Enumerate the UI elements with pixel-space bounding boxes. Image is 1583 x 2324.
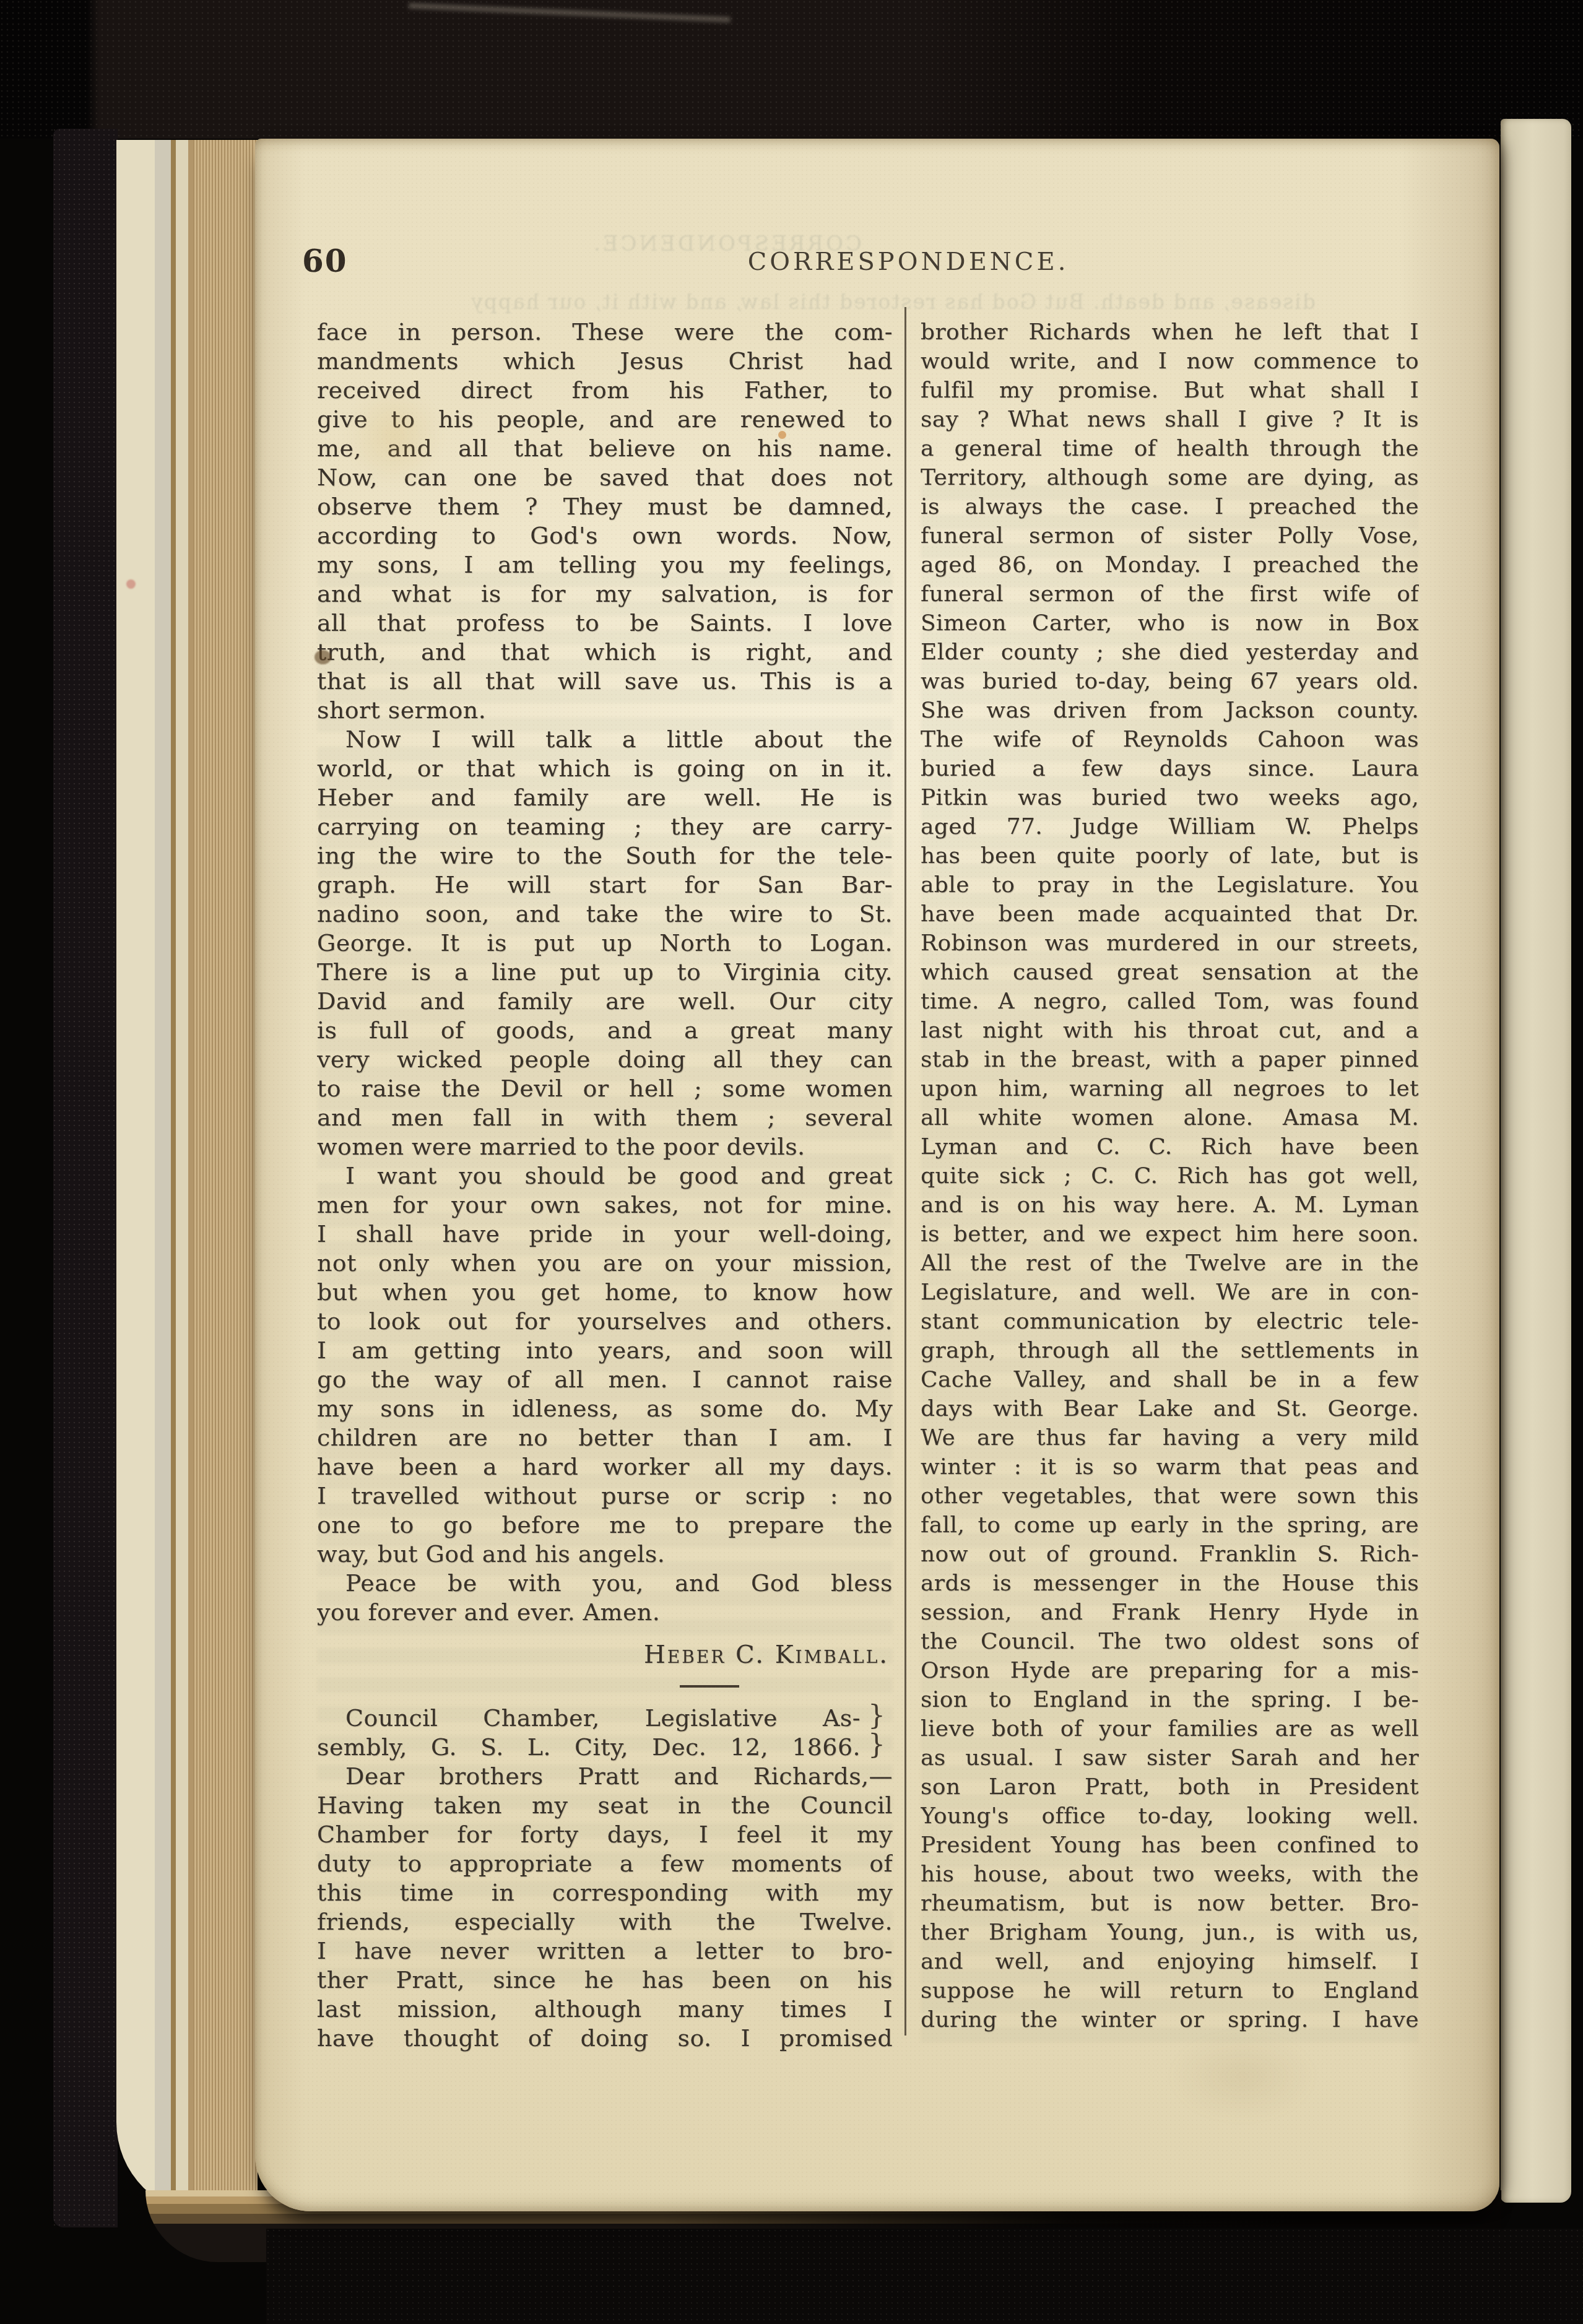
paragraph: brother Richards when he left that Iwoul… (921, 318, 1419, 2034)
book-cover-left (53, 129, 118, 2227)
text-line: face in person. These were the com- (317, 318, 893, 347)
text-line: not only when you are on your mission, (317, 1249, 893, 1278)
text-line: winter : it is so warm that peas and (921, 1452, 1419, 1481)
right-text-column: brother Richards when he left that Iwoul… (921, 318, 1419, 2034)
text-line: women were married to the poor devils. (317, 1132, 893, 1161)
text-line: during the winter or spring. I have (921, 2005, 1419, 2034)
text-line: Legislature, and well. We are in con- (921, 1278, 1419, 1307)
text-line: friends, especially with the Twelve. (317, 1907, 893, 1936)
text-line: lieve both of your families are as well (921, 1714, 1419, 1743)
section-rule (317, 1670, 893, 1702)
paragraph: I want you should be good and greatmen f… (317, 1161, 893, 1569)
text-line: Young's office to-day, looking well. (921, 1802, 1419, 1831)
text-line: my sons in idleness, as some do. My (317, 1394, 893, 1423)
text-line: me, and all that believe on his name. (317, 434, 893, 463)
text-line: ther Brigham Young, jun., is with us, (921, 1918, 1419, 1947)
signature: Heber C. Kimball. (317, 1639, 893, 1670)
text-line: I want you should be good and great (317, 1161, 893, 1190)
text-line: other vegetables, that were sown this (921, 1481, 1419, 1511)
text-line: Cache Valley, and shall be in a few (921, 1365, 1419, 1394)
text-line: All the rest of the Twelve are in the (921, 1249, 1419, 1278)
text-line: I travelled without purse or scrip : no (317, 1481, 893, 1511)
text-line: have been a hard worker all my days. (317, 1452, 893, 1481)
text-line: way, but God and his angels. (317, 1540, 893, 1569)
text-line: a general time of health through the (921, 434, 1419, 463)
text-line: Peace be with you, and God bless (317, 1569, 893, 1598)
text-line: you forever and ever. Amen. (317, 1598, 893, 1627)
text-line: son Laron Pratt, both in President (921, 1772, 1419, 1802)
text-line: go the way of all men. I cannot raise (317, 1365, 893, 1394)
text-line: and is on his way here. A. M. Lyman (921, 1190, 1419, 1220)
text-line: There is a line put up to Virginia city. (317, 958, 893, 987)
text-line: Territory, although some are dying, as (921, 463, 1419, 492)
dateline-block: Council Chamber, Legislative As-sembly, … (317, 1704, 893, 1762)
text-line: all white women alone. Amasa M. (921, 1103, 1419, 1132)
running-header: CORRESPONDENCE. (657, 248, 1159, 276)
text-line: very wicked people doing all they can (317, 1045, 893, 1074)
text-line: observe them ? They must be damned, (317, 492, 893, 521)
text-line: fulfil my promise. But what shall I (921, 376, 1419, 405)
text-line: mandments which Jesus Christ had (317, 347, 893, 376)
text-line: able to pray in the Legislature. You (921, 870, 1419, 900)
text-line: truth, and that which is right, and (317, 638, 893, 667)
text-line: ther Pratt, since he has been on his (317, 1966, 893, 1995)
text-line: George. It is put up North to Logan. (317, 929, 893, 958)
text-line: stab in the breast, with a paper pinned (921, 1045, 1419, 1074)
text-line: ing the wire to the South for the tele- (317, 841, 893, 870)
book-top-edge (0, 0, 1583, 139)
text-line: is always the case. I preached the (921, 492, 1419, 521)
page-stack-left-edge (116, 140, 258, 2215)
text-line: sion to England in the spring. I be- (921, 1685, 1419, 1714)
text-line: brother Richards when he left that I (921, 318, 1419, 347)
text-line: short sermon. (317, 696, 893, 725)
brace-mark: } (864, 1729, 889, 1761)
book-scan: CORRESPONDENCE. disease, and death. But … (0, 0, 1583, 2324)
text-line: which caused great sensation at the (921, 958, 1419, 987)
text-line: world, or that which is going on in it. (317, 754, 893, 783)
text-line: Lyman and C. C. Rich have been (921, 1132, 1419, 1161)
text-line: and what is for my salvation, is for (317, 579, 893, 609)
text-line: graph. He will start for San Bar- (317, 870, 893, 900)
text-line: this time in corresponding with my (317, 1878, 893, 1907)
text-line: nadino soon, and take the wire to St. (317, 900, 893, 929)
text-line: is full of goods, and a great many (317, 1016, 893, 1045)
text-line: days with Bear Lake and St. George. (921, 1394, 1419, 1423)
text-line: President Young has been confined to (921, 1831, 1419, 1860)
book-page: CORRESPONDENCE. disease, and death. But … (255, 139, 1499, 2211)
text-line: Now I will talk a little about the (317, 725, 893, 754)
text-line: aged 86, on Monday. I preached the (921, 550, 1419, 579)
edge-mark (126, 579, 136, 589)
text-line: Robinson was murdered in our streets, (921, 929, 1419, 958)
text-line: have thought of doing so. I promised (317, 2024, 893, 2053)
text-line: Pitkin was buried two weeks ago, (921, 783, 1419, 812)
text-line: give to his people, and are renewed to (317, 405, 893, 434)
book-cover-bottom (266, 2229, 1583, 2324)
paper-stain (1171, 2033, 1314, 2120)
text-line: would write, and I now commence to (921, 347, 1419, 376)
text-line: received direct from his Father, to (317, 376, 893, 405)
text-line: Having taken my seat in the Council (317, 1791, 893, 1820)
text-line: buried a few days since. Laura (921, 754, 1419, 783)
text-line: and well, and enjoying himself. I (921, 1947, 1419, 1976)
text-line: ards is messenger in the House this (921, 1569, 1419, 1598)
text-line: that is all that will save us. This is a (317, 667, 893, 696)
text-line: all that profess to be Saints. I love (317, 609, 893, 638)
text-line: say ? What news shall I give ? It is (921, 405, 1419, 434)
text-line: I shall have pride in your well-doing, (317, 1220, 893, 1249)
fore-edge-grain (193, 140, 258, 2215)
text-line: one to go before me to prepare the (317, 1511, 893, 1540)
paragraph: Peace be with you, and God blessyou fore… (317, 1569, 893, 1627)
page-number: 60 (302, 243, 348, 279)
text-line: I have never written a letter to bro- (317, 1936, 893, 1966)
text-line: Elder county ; she died yesterday and (921, 638, 1419, 667)
text-line: carrying on teaming ; they are carry- (317, 812, 893, 841)
text-line: graph, through all the settlements in (921, 1336, 1419, 1365)
text-line: have been made acquainted that Dr. (921, 900, 1419, 929)
text-line: She was driven from Jackson county. (921, 696, 1419, 725)
text-line: according to God's own words. Now, (317, 521, 893, 550)
text-line: session, and Frank Henry Hyde in (921, 1598, 1419, 1627)
text-line: quite sick ; C. C. Rich has got well, (921, 1161, 1419, 1190)
paragraph: face in person. These were the com-mandm… (317, 318, 893, 725)
text-line: stant communication by electric tele- (921, 1307, 1419, 1336)
text-line: aged 77. Judge William W. Phelps (921, 812, 1419, 841)
text-line: rheumatism, but is now better. Bro- (921, 1889, 1419, 1918)
text-line: my sons, I am telling you my feelings, (317, 550, 893, 579)
text-line: to look out for yourselves and others. (317, 1307, 893, 1336)
text-line: time. A negro, called Tom, was found (921, 987, 1419, 1016)
text-line: Chamber for forty days, I feel it my (317, 1820, 893, 1849)
column-divider-rule (904, 307, 906, 2036)
text-line: Dear brothers Pratt and Richards,— (317, 1762, 893, 1791)
text-line: suppose he will return to England (921, 1976, 1419, 2005)
text-line: his house, about two weeks, with the (921, 1860, 1419, 1889)
text-line: last night with his throat cut, and a (921, 1016, 1419, 1045)
text-line: Now, can one be saved that does not (317, 463, 893, 492)
text-line: funeral sermon of the first wife of (921, 579, 1419, 609)
dateline-text: Council Chamber, Legislative As- (317, 1704, 893, 1733)
text-line: and men fall in with them ; several (317, 1103, 893, 1132)
text-line: duty to appropriate a few moments of (317, 1849, 893, 1878)
text-line: is better, and we expect him here soon. (921, 1220, 1419, 1249)
text-line: upon him, warning all negroes to let (921, 1074, 1419, 1103)
text-line: The wife of Reynolds Cahoon was (921, 725, 1419, 754)
text-line: Orson Hyde are preparing for a mis- (921, 1656, 1419, 1685)
paragraph: Dear brothers Pratt and Richards,—Having… (317, 1762, 893, 2053)
brace-mark: } (864, 1700, 889, 1732)
under-page-right-edge (1501, 119, 1571, 2203)
text-line: last mission, although many times I (317, 1995, 893, 2024)
left-text-column: face in person. These were the com-mandm… (317, 318, 893, 2053)
text-line: funeral sermon of sister Polly Vose, (921, 521, 1419, 550)
text-line: children are no better than I am. I (317, 1423, 893, 1452)
dateline-text: sembly, G. S. L. City, Dec. 12, 1866. (317, 1733, 893, 1762)
text-line: Heber and family are well. He is (317, 783, 893, 812)
text-line: Simeon Carter, who is now in Box (921, 609, 1419, 638)
text-line: has been quite poorly of late, but is (921, 841, 1419, 870)
text-line: as usual. I saw sister Sarah and her (921, 1743, 1419, 1772)
text-line: We are thus far having a very mild (921, 1423, 1419, 1452)
text-line: to raise the Devil or hell ; some women (317, 1074, 893, 1103)
text-line: I am getting into years, and soon will (317, 1336, 893, 1365)
text-line: but when you get home, to know how (317, 1278, 893, 1307)
horizontal-rule (680, 1685, 739, 1688)
text-line: fall, to come up early in the spring, ar… (921, 1511, 1419, 1540)
text-line: was buried to-day, being 67 years old. (921, 667, 1419, 696)
text-line: David and family are well. Our city (317, 987, 893, 1016)
text-line: the Council. The two oldest sons of (921, 1627, 1419, 1656)
text-line: now out of ground. Franklin S. Rich- (921, 1540, 1419, 1569)
show-through-line: disease, and death. But God has restored… (348, 290, 1438, 314)
text-line: men for your own sakes, not for mine. (317, 1190, 893, 1220)
paragraph: Now I will talk a little about theworld,… (317, 725, 893, 1161)
